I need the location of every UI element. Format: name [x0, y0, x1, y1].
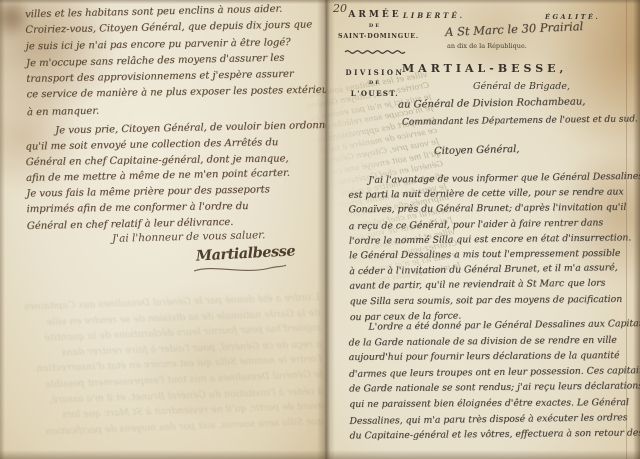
salutation: Citoyen Général, [434, 144, 520, 157]
right-paragraph-1: J'ai l'avantage de vous informer que le … [348, 169, 636, 325]
recipient-line-2: Commandant les Départemens de l'ouest et… [402, 114, 638, 127]
right-paragraph-2: L'ordre a été donné par le Général Dessa… [348, 317, 635, 445]
letterhead-de: DE [338, 23, 412, 29]
handwritten-line: Dessalines, qui m'a paru très disposé à … [349, 410, 635, 429]
recipient-line-1: au Général de Division Rochambeau, [398, 96, 586, 110]
letterhead-de: DE [338, 80, 412, 86]
left-paragraph-1: villes et les habitans sont peu enclins … [25, 1, 325, 121]
dateline-printed: an dix de la République. [447, 42, 527, 50]
letterhead-army: ARMÉE [338, 10, 412, 20]
sender-title: Général de Brigade, [473, 81, 570, 92]
stain [0, 0, 28, 40]
letterhead-ouest: L'OUEST. [338, 89, 412, 98]
letterhead-rule [344, 49, 406, 55]
dateline-handwritten: A St Marc le 30 Prairial [445, 19, 584, 39]
bleedthrough-text: L'ordre a été donné par le Général Dessa… [2, 289, 325, 440]
signature-flourish [192, 262, 288, 276]
left-paragraph-2: Je vous prie, Citoyen Général, de vouloi… [25, 118, 325, 234]
left-page: villes et les habitans sont peu enclins … [0, 0, 326, 459]
printed-letterhead: ARMÉE DE SAINT-DOMINGUE. DIVISION DE L'O… [338, 10, 412, 98]
letterhead-saint-domingue: SAINT-DOMINGUE. [338, 33, 412, 40]
motto-liberte: LIBERTÉ. [403, 11, 465, 20]
sender-name: MARTIAL-BESSE, [402, 62, 567, 75]
letterhead-division: DIVISION [338, 68, 412, 77]
closing-line: J'ai l'honneur de vous saluer. [112, 229, 266, 245]
manuscript-scan: villes et les habitans sont peu enclins … [0, 0, 640, 459]
right-page: villes et les habitans sont peu enclins … [326, 0, 640, 459]
